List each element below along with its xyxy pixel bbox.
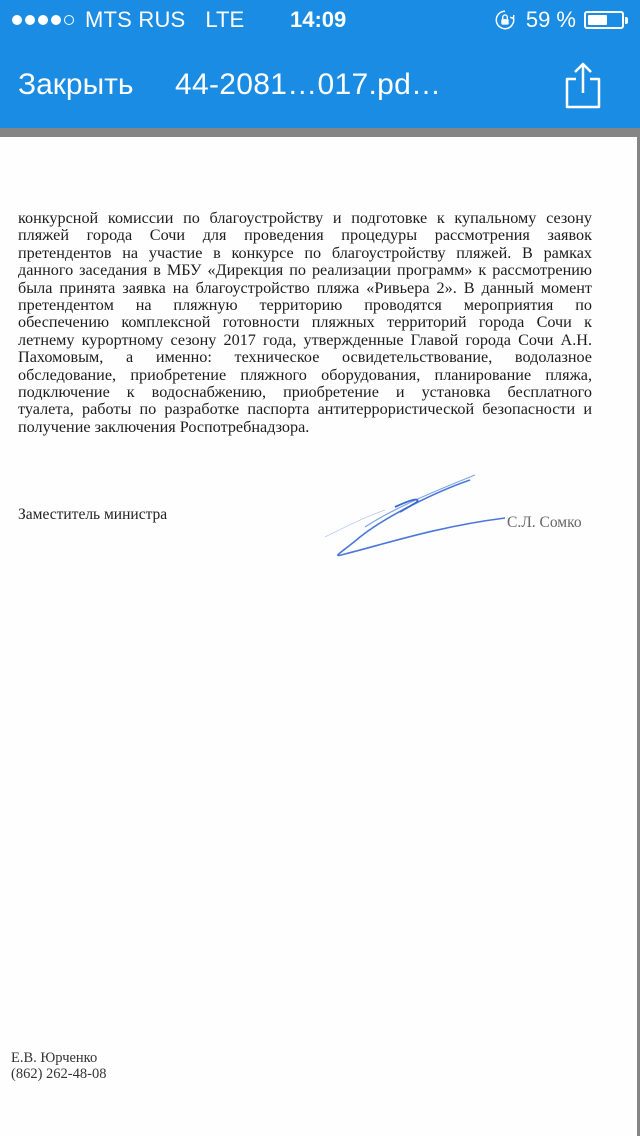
battery-cap [625, 17, 628, 24]
close-button[interactable]: Закрыть [18, 68, 134, 102]
document-body: конкурсной комиссии по благоустройству и… [18, 210, 592, 436]
status-left: MTS RUS LTE [12, 0, 244, 40]
signer-name: С.Л. Сомко [507, 514, 582, 532]
text-line: была принята заявка на благоустройство п… [18, 280, 592, 297]
text-line: получение заключения Роспотребнадзора. [18, 419, 592, 436]
document-title: 44-2081…017.pd… [175, 68, 441, 102]
clock: 14:09 [290, 0, 346, 40]
navigation-bar: Закрыть 44-2081…017.pd… [0, 40, 640, 128]
text-line: претендентом на пляжную территорию прово… [18, 297, 592, 314]
contact-block: Е.В. Юрченко (862) 262-48-08 [11, 1050, 106, 1082]
text-line: летнему курортному сезону 2017 года, утв… [18, 332, 592, 349]
text-line: данного заседания в МБУ «Дирекция по реа… [18, 262, 592, 279]
battery-icon [584, 11, 624, 29]
signal-strength-icon [12, 15, 77, 25]
contact-phone: (862) 262-48-08 [11, 1066, 106, 1082]
signal-dot [25, 15, 35, 25]
signature-image [325, 472, 525, 562]
text-line: конкурсной комиссии по благоустройству и… [18, 210, 592, 227]
carrier-name: MTS RUS [85, 0, 185, 40]
battery-level [588, 15, 607, 25]
text-line: подключение к водоснабжению, приобретени… [18, 384, 592, 401]
signer-title: Заместитель министра [18, 506, 167, 524]
share-icon[interactable] [562, 62, 604, 110]
pdf-page[interactable]: конкурсной комиссии по благоустройству и… [0, 137, 637, 1136]
status-right: 59 % [494, 0, 628, 40]
text-line: обследование, приобретение пляжного обор… [18, 367, 592, 384]
text-line: туалета, работы по разработке паспорта а… [18, 401, 592, 418]
status-bar: MTS RUS LTE 14:09 59 % [0, 0, 640, 40]
signal-dot [12, 15, 22, 25]
text-line: пляжей города Сочи для проведения процед… [18, 227, 592, 244]
contact-name: Е.В. Юрченко [11, 1050, 106, 1066]
text-line: обеспечению комплексной готовности пляжн… [18, 314, 592, 331]
text-line: претендентов на участие в конкурсе по бл… [18, 245, 592, 262]
text-line: Пахомовым, а именно: техническое освидет… [18, 349, 592, 366]
signal-dot [51, 15, 61, 25]
top-bar: MTS RUS LTE 14:09 59 % Закрыть 44-2081…0… [0, 0, 640, 128]
network-type: LTE [205, 0, 244, 40]
battery-percentage: 59 % [526, 0, 576, 40]
signal-dot-empty [64, 15, 74, 25]
signal-dot [38, 15, 48, 25]
rotation-lock-icon [494, 9, 516, 31]
